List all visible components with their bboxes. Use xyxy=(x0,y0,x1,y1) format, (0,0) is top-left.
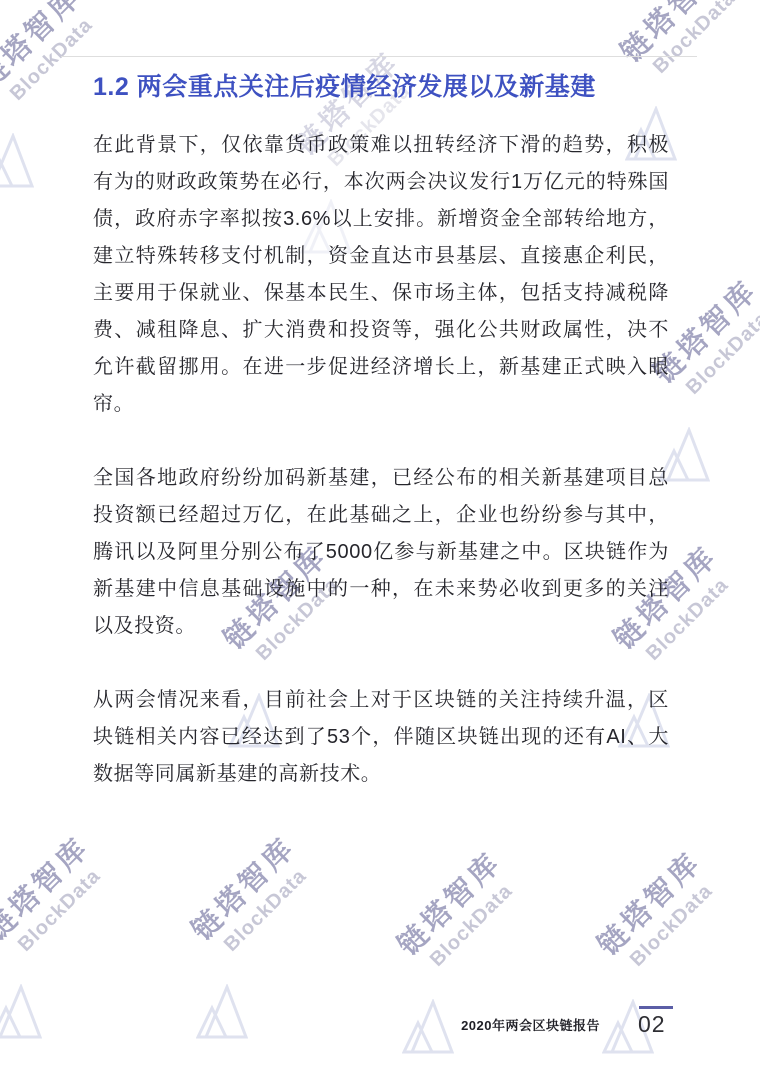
footer-report-title: 2020年两会区块链报告 xyxy=(420,1015,600,1034)
paragraph-3: 从两会情况来看，目前社会上对于区块链的关注持续升温，区块链相关内容已经达到了53… xyxy=(93,682,669,793)
watermark-cn-text: 链塔智库 xyxy=(183,828,306,951)
watermark-en-text: BlockData xyxy=(207,852,324,969)
watermark-cn-text: 链塔智库 xyxy=(0,0,92,100)
section-content: 1.2 两会重点关注后疫情经济发展以及新基建 在此背景下，仅依靠货币政策难以扭转… xyxy=(93,71,669,830)
section-title: 1.2 两会重点关注后疫情经济发展以及新基建 xyxy=(93,71,669,104)
watermark: 链塔智库 BlockData xyxy=(196,845,356,1040)
watermark-en-text: BlockData xyxy=(413,867,530,984)
watermark-text: 链塔智库 BlockData xyxy=(389,843,576,1030)
watermark-en-text: BlockData xyxy=(1,852,118,969)
watermark-en-text: BlockData xyxy=(613,867,730,984)
report-page: 链塔智库 BlockData 链塔智库 BlockData 链塔智库 Block… xyxy=(0,0,760,1075)
watermark-cn-text: 链塔智库 xyxy=(612,0,735,73)
watermark-text: 链塔智库 BlockData xyxy=(589,843,760,1030)
watermark-cn-text: 链塔智库 xyxy=(0,828,100,951)
watermark-en-text: BlockData xyxy=(669,295,760,412)
watermark: 链塔智库 BlockData xyxy=(0,845,150,1040)
blockdata-triangle-logo-icon xyxy=(0,133,34,189)
watermark: 链塔智库 BlockData xyxy=(658,288,760,483)
blockdata-triangle-logo-icon xyxy=(0,984,42,1040)
paragraph-2: 全国各地政府纷纷加码新基建，已经公布的相关新基建项目总投资额已经超过万亿，在此基… xyxy=(93,460,669,645)
watermark-text: 链塔智库 BlockData xyxy=(0,828,163,1015)
paragraph-1: 在此背景下，仅依靠货币政策难以扭转经济下滑的趋势，积极有为的财政政策势在必行，本… xyxy=(93,127,669,423)
blockdata-triangle-logo-icon xyxy=(196,984,248,1040)
header-divider xyxy=(61,56,697,57)
watermark-cn-text: 链塔智库 xyxy=(389,843,512,966)
page-number-divider xyxy=(639,1006,673,1009)
page-number: 02 xyxy=(638,1011,666,1038)
watermark: 链塔智库 BlockData xyxy=(602,860,760,1055)
watermark-cn-text: 链塔智库 xyxy=(589,843,712,966)
watermark-text: 链塔智库 BlockData xyxy=(183,828,370,1015)
